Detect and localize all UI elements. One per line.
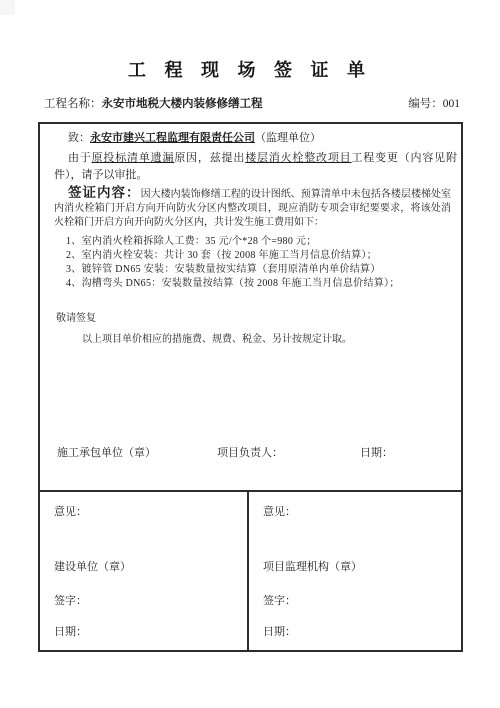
owner-signature-label: 签字： (54, 592, 233, 608)
doc-number-line: 编号：001 (408, 95, 460, 111)
to-label: 致： (68, 132, 90, 144)
fee-note: 以上项目单价相应的措施费、规费、税金、另计按规定计取。 (54, 333, 451, 347)
cost-item-2: 2、室内消火栓安装：共计 30 套（按 2008 年施工当月信息价结算）； (66, 249, 451, 262)
contractor-date-label: 日期： (360, 444, 393, 460)
cost-item-1: 1、室内消火栓箱拆除人工费：35 元/个*28 个=980 元； (66, 235, 451, 248)
supervisor-approval-cell: 意见： 项目监理机构（章） 签字： 日期： (249, 492, 461, 650)
supervisor-opinion-label: 意见： (263, 503, 447, 519)
project-manager-label: 项目负责人： (217, 444, 360, 460)
visa-content-paragraph: 签证内容：因大楼内装饰修缮工程的设计图纸、预算清单中未包括各楼层楼梯处室内消火栓… (54, 186, 451, 230)
owner-unit-seal-label: 建设单位（章） (54, 558, 233, 574)
main-form-box: 致：永安市建兴工程监理有限责任公司（监理单位） 由于原投标清单遗漏原因，兹提出楼… (38, 122, 463, 652)
reason-prefix: 由于 (68, 152, 92, 164)
project-name-label: 工程名称： (44, 98, 102, 110)
reason-mid: 原因，兹提出 (174, 152, 245, 164)
doc-number-label: 编号： (408, 98, 443, 110)
supervisor-unit-seal-label: 项目监理机构（章） (263, 558, 447, 574)
cost-item-list: 1、室内消火栓箱拆除人工费：35 元/个*28 个=980 元； 2、室内消火栓… (54, 235, 451, 290)
project-name-value: 永安市地税大楼内装修修缮工程 (102, 98, 263, 110)
page-title: 工 程 现 场 签 证 单 (0, 56, 500, 82)
request-section: 致：永安市建兴工程监理有限责任公司（监理单位） 由于原投标清单遗漏原因，兹提出楼… (40, 130, 461, 184)
visa-content-section: 签证内容：因大楼内装饰修缮工程的设计图纸、预算清单中未包括各楼层楼梯处室内消火栓… (40, 186, 461, 347)
scan-artifact (0, 0, 15, 15)
to-suffix: （监理单位） (255, 132, 321, 144)
cost-item-4: 4、沟槽弯头 DN65：安装数量按结算（按 2008 年施工当月信息价结算）； (66, 277, 451, 290)
change-item-underlined: 楼层消火栓整改项目 (245, 152, 351, 164)
reply-request-label: 敬请签复 (56, 312, 451, 325)
document-meta-row: 工程名称：永安市地税大楼内装修修缮工程 编号：001 (44, 95, 464, 111)
approval-grid: 意见： 建设单位（章） 签字： 日期： 意见： 项目监理机构（章） 签字： 日期… (40, 490, 461, 650)
contractor-unit-label: 施工承包单位（章） (57, 444, 217, 460)
change-reason-line: 由于原投标清单遗漏原因，兹提出楼层消火栓整改项目工程变更（内容见附件），请予以审… (54, 150, 457, 184)
doc-number-value: 001 (443, 98, 460, 110)
contractor-signature-row: 施工承包单位（章） 项目负责人： 日期： (40, 444, 461, 460)
addressee-line: 致：永安市建兴工程监理有限责任公司（监理单位） (54, 130, 457, 147)
owner-date-label: 日期： (54, 623, 233, 639)
visa-content-label: 签证内容： (68, 185, 141, 200)
reason-underlined: 原投标清单遗漏 (92, 152, 175, 164)
project-name-line: 工程名称：永安市地税大楼内装修修缮工程 (44, 95, 263, 111)
supervisor-signature-label: 签字： (263, 592, 447, 608)
owner-approval-cell: 意见： 建设单位（章） 签字： 日期： (40, 492, 249, 650)
supervision-company-name: 永安市建兴工程监理有限责任公司 (90, 132, 255, 144)
owner-opinion-label: 意见： (54, 503, 233, 519)
supervisor-date-label: 日期： (263, 623, 447, 639)
cost-item-3: 3、镀锌管 DN65 安装：安装数量按实结算（套用原清单内单价结算） (66, 263, 451, 276)
